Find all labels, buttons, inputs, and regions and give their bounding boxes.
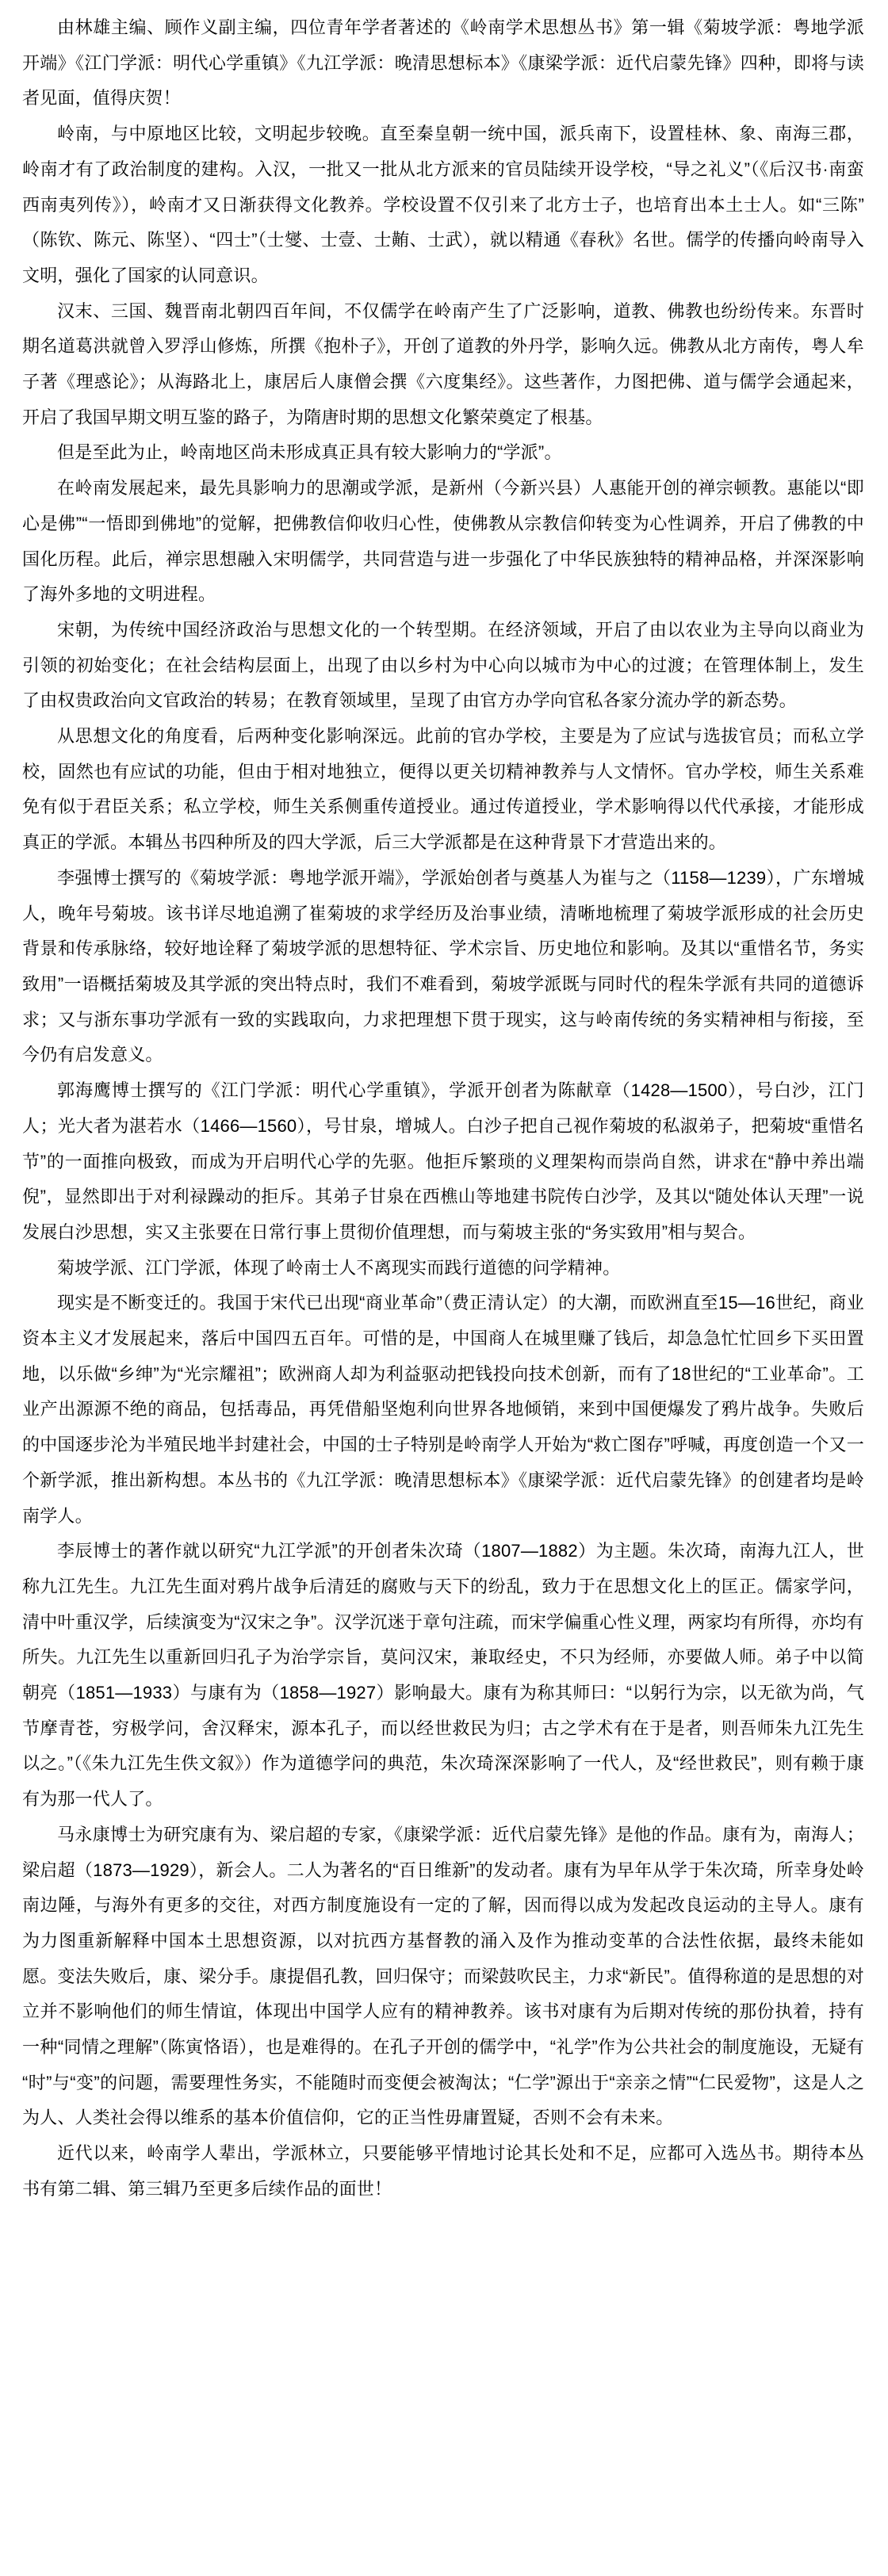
paragraph-religions-spread: 汉末、三国、魏晋南北朝四百年间，不仅儒学在岭南产生了广泛影响，道教、佛教也纷纷传… <box>22 294 864 436</box>
paragraph-commercial-revolution: 现实是不断变迁的。我国于宋代已出现“商业革命”（费正清认定）的大潮，而欧洲直至1… <box>22 1286 864 1534</box>
paragraph-huineng-chan: 在岭南发展起来，最先具影响力的思潮或学派，是新州（今新兴县）人惠能开创的禅宗顿教… <box>22 471 864 613</box>
paragraph-closing: 近代以来，岭南学人辈出，学派林立，只要能够平情地讨论其长处和不足，应都可入选丛书… <box>22 2136 864 2207</box>
paragraph-no-school-yet: 但是至此为止，岭南地区尚未形成真正具有较大影响力的“学派”。 <box>22 435 864 471</box>
paragraph-jiujiang-school: 李辰博士的著作就以研究“九江学派”的开创者朱次琦（1807—1882）为主题。朱… <box>22 1534 864 1817</box>
paragraph-two-schools-spirit: 菊坡学派、江门学派，体现了岭南士人不离现实而践行道德的问学精神。 <box>22 1251 864 1286</box>
paragraph-lingnan-early-history: 岭南，与中原地区比较，文明起步较晚。直至秦皇朝一统中国，派兵南下，设置桂林、象、… <box>22 117 864 294</box>
document-page: 由林雄主编、顾作义副主编，四位青年学者著述的《岭南学术思想丛书》第一辑《菊坡学派… <box>0 0 888 2576</box>
paragraph-jiangmen-school: 郭海鹰博士撰写的《江门学派：明代心学重镇》，学派开创者为陈献章（1428—150… <box>22 1073 864 1251</box>
paragraph-jupo-school: 李强博士撰写的《菊坡学派：粤地学派开端》，学派始创者与奠基人为崔与之（1158—… <box>22 861 864 1073</box>
paragraph-kangliang-school: 马永康博士为研究康有为、梁启超的专家，《康梁学派：近代启蒙先锋》是他的作品。康有… <box>22 1817 864 2136</box>
paragraph-intro: 由林雄主编、顾作义副主编，四位青年学者著述的《岭南学术思想丛书》第一辑《菊坡学派… <box>22 10 864 117</box>
paragraph-schools-private-official: 从思想文化的角度看，后两种变化影响深远。此前的官办学校，主要是为了应试与选拔官员… <box>22 719 864 861</box>
paragraph-song-transition: 宋朝，为传统中国经济政治与思想文化的一个转型期。在经济领域，开启了由以农业为主导… <box>22 613 864 719</box>
